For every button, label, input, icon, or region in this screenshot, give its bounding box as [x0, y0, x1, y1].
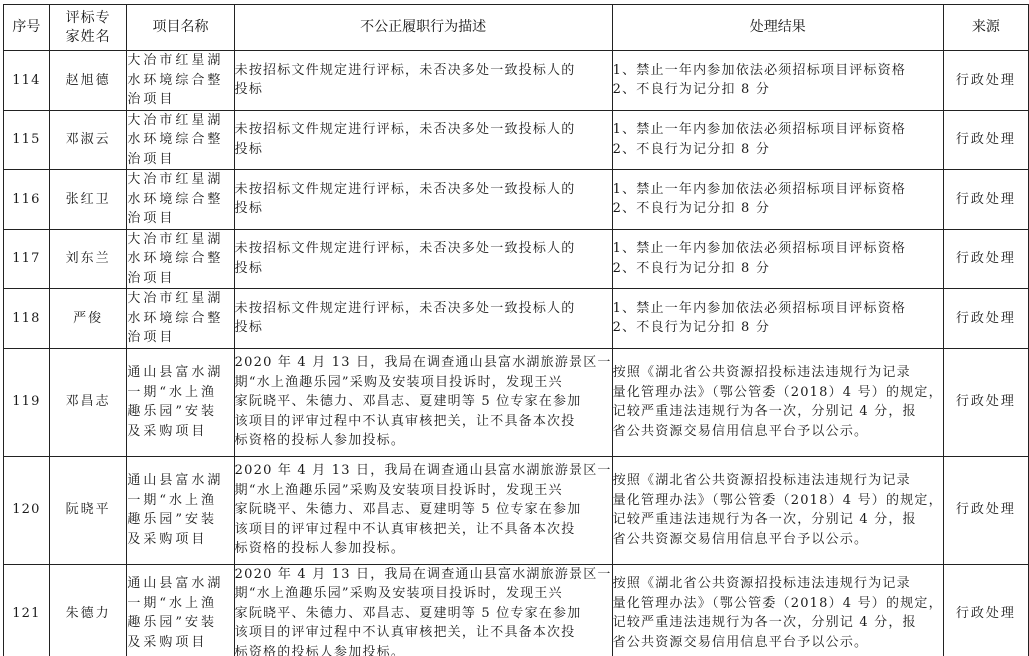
project-line: 水环境综合整 — [127, 190, 233, 210]
header-expert: 评标专家姓名 — [49, 5, 127, 51]
description-line: 未按招标文件规定进行评标，未否决多处一致投标人的 — [235, 180, 612, 200]
row-expert-name: 阮晓平 — [49, 456, 127, 564]
row-index: 116 — [4, 170, 50, 230]
table-row: 121 朱德力 通山县富水湖一期“水上渔趣乐园”安装及采购项目 2020 年 4… — [4, 564, 1029, 656]
project-line: 及采购项目 — [127, 422, 233, 442]
result-line: 1、禁止一年内参加依法必须招标项目评标资格 — [613, 239, 943, 259]
row-result: 1、禁止一年内参加依法必须招标项目评标资格2、不良行为记分扣 8 分 — [612, 289, 943, 349]
description-line: 2020 年 4 月 13 日，我局在调查通山县富水湖旅游景区一 — [235, 461, 612, 481]
description-line: 投标 — [235, 80, 612, 100]
table-row: 115 邓淑云 大冶市红星湖水环境综合整治项目 未按招标文件规定进行评标，未否决… — [4, 110, 1029, 170]
description-line: 标资格的投标人参加投标。 — [235, 643, 612, 656]
result-line: 1、禁止一年内参加依法必须招标项目评标资格 — [613, 61, 943, 81]
row-description: 未按招标文件规定进行评标，未否决多处一致投标人的投标 — [234, 289, 612, 349]
row-source: 行政处理 — [943, 564, 1028, 656]
row-result: 按照《湖北省公共资源招投标违法违规行为记录量化管理办法》（鄂公管委（2018）4… — [612, 564, 943, 656]
row-project-name: 通山县富水湖一期“水上渔趣乐园”安装及采购项目 — [127, 456, 234, 564]
row-source: 行政处理 — [943, 110, 1028, 170]
description-line: 期“水上渔趣乐园”采购及安装项目投诉时，发现王兴 — [235, 481, 612, 501]
description-line: 标资格的投标人参加投标。 — [235, 431, 612, 451]
project-line: 通山县富水湖 — [127, 574, 233, 594]
project-line: 治项目 — [127, 90, 233, 110]
row-source: 行政处理 — [943, 456, 1028, 564]
project-line: 大冶市红星湖 — [127, 170, 233, 190]
row-project-name: 大冶市红星湖水环境综合整治项目 — [127, 110, 234, 170]
row-source: 行政处理 — [943, 170, 1028, 230]
row-expert-name: 邓昌志 — [49, 348, 127, 456]
table-body: 114 赵旭德 大冶市红星湖水环境综合整治项目 未按招标文件规定进行评标，未否决… — [4, 51, 1029, 656]
project-line: 通山县富水湖 — [127, 363, 233, 383]
row-result: 1、禁止一年内参加依法必须招标项目评标资格2、不良行为记分扣 8 分 — [612, 229, 943, 289]
description-line: 未按招标文件规定进行评标，未否决多处一致投标人的 — [235, 299, 612, 319]
project-line: 水环境综合整 — [127, 309, 233, 329]
row-source: 行政处理 — [943, 51, 1028, 111]
result-line: 按照《湖北省公共资源招投标违法违规行为记录 — [613, 574, 943, 594]
project-line: 治项目 — [127, 150, 233, 170]
row-description: 2020 年 4 月 13 日，我局在调查通山县富水湖旅游景区一期“水上渔趣乐园… — [234, 564, 612, 656]
row-index: 117 — [4, 229, 50, 289]
result-line: 2、不良行为记分扣 8 分 — [613, 80, 943, 100]
row-description: 未按招标文件规定进行评标，未否决多处一致投标人的投标 — [234, 51, 612, 111]
row-description: 未按招标文件规定进行评标，未否决多处一致投标人的投标 — [234, 110, 612, 170]
result-line: 2、不良行为记分扣 8 分 — [613, 140, 943, 160]
result-line: 2、不良行为记分扣 8 分 — [613, 259, 943, 279]
result-line: 按照《湖北省公共资源招投标违法违规行为记录 — [613, 471, 943, 491]
row-project-name: 通山县富水湖一期“水上渔趣乐园”安装及采购项目 — [127, 348, 234, 456]
row-expert-name: 朱德力 — [49, 564, 127, 656]
description-line: 期“水上渔趣乐园”采购及安装项目投诉时，发现王兴 — [235, 373, 612, 393]
table-row: 117 刘东兰 大冶市红星湖水环境综合整治项目 未按招标文件规定进行评标，未否决… — [4, 229, 1029, 289]
table-row: 116 张红卫 大冶市红星湖水环境综合整治项目 未按招标文件规定进行评标，未否决… — [4, 170, 1029, 230]
description-line: 投标 — [235, 259, 612, 279]
result-line: 省公共资源交易信用信息平台予以公示。 — [613, 422, 943, 442]
description-line: 家阮晓平、朱德力、邓昌志、夏建明等 5 位专家在参加 — [235, 392, 612, 412]
project-line: 趣乐园”安装 — [127, 510, 233, 530]
row-result: 1、禁止一年内参加依法必须招标项目评标资格2、不良行为记分扣 8 分 — [612, 110, 943, 170]
row-expert-name: 邓淑云 — [49, 110, 127, 170]
description-line: 期“水上渔趣乐园”采购及安装项目投诉时，发现王兴 — [235, 584, 612, 604]
project-line: 水环境综合整 — [127, 130, 233, 150]
row-source: 行政处理 — [943, 289, 1028, 349]
result-line: 量化管理办法》（鄂公管委（2018）4 号）的规定， — [613, 594, 943, 614]
header-description: 不公正履职行为描述 — [234, 5, 612, 51]
project-line: 治项目 — [127, 209, 233, 229]
penalty-table: 序号 评标专家姓名 项目名称 不公正履职行为描述 处理结果 来源 114 赵旭德… — [3, 4, 1029, 656]
row-description: 未按招标文件规定进行评标，未否决多处一致投标人的投标 — [234, 229, 612, 289]
row-expert-name: 刘东兰 — [49, 229, 127, 289]
table-row: 119 邓昌志 通山县富水湖一期“水上渔趣乐园”安装及采购项目 2020 年 4… — [4, 348, 1029, 456]
row-description: 2020 年 4 月 13 日，我局在调查通山县富水湖旅游景区一期“水上渔趣乐园… — [234, 456, 612, 564]
project-line: 通山县富水湖 — [127, 471, 233, 491]
header-project: 项目名称 — [127, 5, 234, 51]
row-index: 118 — [4, 289, 50, 349]
result-line: 记较严重违法违规行为各一次，分别记 4 分，报 — [613, 402, 943, 422]
header-result: 处理结果 — [612, 5, 943, 51]
description-line: 投标 — [235, 140, 612, 160]
row-index: 120 — [4, 456, 50, 564]
description-line: 投标 — [235, 318, 612, 338]
row-index: 121 — [4, 564, 50, 656]
result-line: 省公共资源交易信用信息平台予以公示。 — [613, 633, 943, 653]
result-line: 1、禁止一年内参加依法必须招标项目评标资格 — [613, 299, 943, 319]
project-line: 趣乐园”安装 — [127, 613, 233, 633]
result-line: 按照《湖北省公共资源招投标违法违规行为记录 — [613, 363, 943, 383]
row-result: 1、禁止一年内参加依法必须招标项目评标资格2、不良行为记分扣 8 分 — [612, 170, 943, 230]
row-project-name: 大冶市红星湖水环境综合整治项目 — [127, 229, 234, 289]
row-project-name: 大冶市红星湖水环境综合整治项目 — [127, 51, 234, 111]
project-line: 大冶市红星湖 — [127, 289, 233, 309]
project-line: 及采购项目 — [127, 633, 233, 653]
description-line: 2020 年 4 月 13 日，我局在调查通山县富水湖旅游景区一 — [235, 565, 612, 585]
project-line: 治项目 — [127, 269, 233, 289]
project-line: 水环境综合整 — [127, 249, 233, 269]
row-expert-name: 赵旭德 — [49, 51, 127, 111]
project-line: 一期“水上渔 — [127, 383, 233, 403]
header-source: 来源 — [943, 5, 1028, 51]
project-line: 大冶市红星湖 — [127, 51, 233, 71]
row-source: 行政处理 — [943, 348, 1028, 456]
row-project-name: 大冶市红星湖水环境综合整治项目 — [127, 289, 234, 349]
result-line: 量化管理办法》（鄂公管委（2018）4 号）的规定， — [613, 383, 943, 403]
result-line: 记较严重违法违规行为各一次，分别记 4 分，报 — [613, 613, 943, 633]
row-result: 按照《湖北省公共资源招投标违法违规行为记录量化管理办法》（鄂公管委（2018）4… — [612, 348, 943, 456]
row-project-name: 大冶市红星湖水环境综合整治项目 — [127, 170, 234, 230]
result-line: 省公共资源交易信用信息平台予以公示。 — [613, 530, 943, 550]
result-line: 2、不良行为记分扣 8 分 — [613, 199, 943, 219]
project-line: 一期“水上渔 — [127, 594, 233, 614]
description-line: 该项目的评审过程中不认真审核把关，让不具备本次投 — [235, 412, 612, 432]
description-line: 家阮晓平、朱德力、邓昌志、夏建明等 5 位专家在参加 — [235, 604, 612, 624]
row-source: 行政处理 — [943, 229, 1028, 289]
project-line: 大冶市红星湖 — [127, 230, 233, 250]
description-line: 2020 年 4 月 13 日，我局在调查通山县富水湖旅游景区一 — [235, 353, 612, 373]
description-line: 投标 — [235, 199, 612, 219]
project-line: 治项目 — [127, 328, 233, 348]
result-line: 记较严重违法违规行为各一次，分别记 4 分，报 — [613, 510, 943, 530]
row-description: 2020 年 4 月 13 日，我局在调查通山县富水湖旅游景区一期“水上渔趣乐园… — [234, 348, 612, 456]
project-line: 大冶市红星湖 — [127, 111, 233, 131]
description-line: 未按招标文件规定进行评标，未否决多处一致投标人的 — [235, 239, 612, 259]
row-expert-name: 张红卫 — [49, 170, 127, 230]
result-line: 量化管理办法》（鄂公管委（2018）4 号）的规定， — [613, 491, 943, 511]
description-line: 未按招标文件规定进行评标，未否决多处一致投标人的 — [235, 61, 612, 81]
row-description: 未按招标文件规定进行评标，未否决多处一致投标人的投标 — [234, 170, 612, 230]
table-row: 114 赵旭德 大冶市红星湖水环境综合整治项目 未按招标文件规定进行评标，未否决… — [4, 51, 1029, 111]
result-line: 1、禁止一年内参加依法必须招标项目评标资格 — [613, 120, 943, 140]
description-line: 未按招标文件规定进行评标，未否决多处一致投标人的 — [235, 120, 612, 140]
result-line: 1、禁止一年内参加依法必须招标项目评标资格 — [613, 180, 943, 200]
description-line: 该项目的评审过程中不认真审核把关，让不具备本次投 — [235, 623, 612, 643]
table-row: 118 严俊 大冶市红星湖水环境综合整治项目 未按招标文件规定进行评标，未否决多… — [4, 289, 1029, 349]
project-line: 水环境综合整 — [127, 71, 233, 91]
row-project-name: 通山县富水湖一期“水上渔趣乐园”安装及采购项目 — [127, 564, 234, 656]
project-line: 趣乐园”安装 — [127, 402, 233, 422]
row-index: 119 — [4, 348, 50, 456]
description-line: 该项目的评审过程中不认真审核把关，让不具备本次投 — [235, 520, 612, 540]
row-result: 按照《湖北省公共资源招投标违法违规行为记录量化管理办法》（鄂公管委（2018）4… — [612, 456, 943, 564]
row-index: 115 — [4, 110, 50, 170]
row-expert-name: 严俊 — [49, 289, 127, 349]
header-index: 序号 — [4, 5, 50, 51]
description-line: 标资格的投标人参加投标。 — [235, 539, 612, 559]
result-line: 2、不良行为记分扣 8 分 — [613, 318, 943, 338]
project-line: 及采购项目 — [127, 530, 233, 550]
description-line: 家阮晓平、朱德力、邓昌志、夏建明等 5 位专家在参加 — [235, 500, 612, 520]
row-index: 114 — [4, 51, 50, 111]
table-row: 120 阮晓平 通山县富水湖一期“水上渔趣乐园”安装及采购项目 2020 年 4… — [4, 456, 1029, 564]
row-result: 1、禁止一年内参加依法必须招标项目评标资格2、不良行为记分扣 8 分 — [612, 51, 943, 111]
header-row: 序号 评标专家姓名 项目名称 不公正履职行为描述 处理结果 来源 — [4, 5, 1029, 51]
project-line: 一期“水上渔 — [127, 491, 233, 511]
